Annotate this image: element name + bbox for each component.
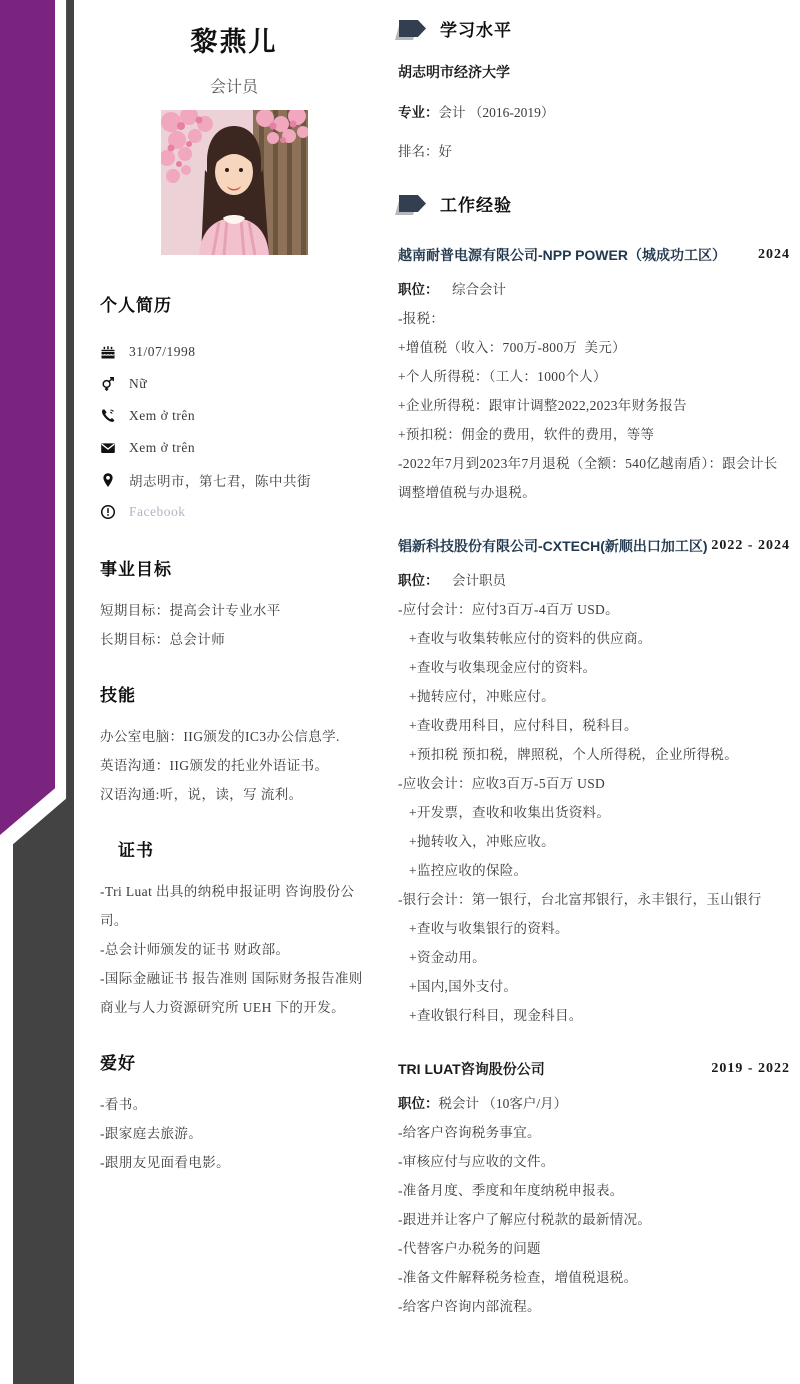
experience-header: 工作经验 [398,191,790,216]
skill-line: 英语沟通：IIG颁发的托业外语证书。 [100,751,368,780]
tag-icon [398,195,428,212]
job-duty-line: -应收会计：应收3百万-5百万 USD [398,769,790,798]
job-duty-line: +抛转应付，冲账应付。 [398,682,790,711]
job-duty-lines: -应付会计：应付3百万-4百万 USD。 +查收与收集转帐应付的资料的供应商。 … [398,595,790,1030]
job-period: 2022 - 2024 [711,531,790,561]
personal-info-text: Xem ở trên [129,440,195,456]
job-duty-line: -给客户咨询税务事宜。 [398,1118,790,1147]
tag-icon [398,20,428,37]
job-position-line: 职位：税会计 （10客户/月） [398,1089,790,1118]
job-duty-line: -报税： [398,304,790,333]
gender-icon [100,376,116,392]
job-duty-line: +监控应收的保险。 [398,856,790,885]
section-heading-profile: 个人简历 [100,291,368,316]
facebook-link[interactable]: Facebook [129,504,185,520]
skill-line: 办公室电脑：IIG颁发的IC3办公信息学. [100,722,368,751]
birthday-icon [100,344,116,360]
personal-info-text: Xem ở trên [129,408,195,424]
job-entry: 2019 - 2022TRI LUAT咨询股份公司职位：税会计 （10客户/月）… [398,1054,790,1321]
job-period: 2019 - 2022 [711,1054,790,1084]
personal-info-text: 胡志明市，第七君，陈中共街 [129,470,311,490]
job-position-line: 职位： 综合会计 [398,275,790,304]
job-duty-line: -给客户咨询内部流程。 [398,1292,790,1321]
objective-lines: 短期目标：提高会计专业水平长期目标：总会计师 [100,596,368,654]
job-entry: 2024越南耐普电源有限公司-NPP POWER（城成功工区）职位： 综合会计-… [398,240,790,507]
job-duty-line: +查收与收集银行的资料。 [398,914,790,943]
job-duty-line: +查收与收集现金应付的资料。 [398,653,790,682]
job-duty-line: +个人所得税：（工人：1000个人） [398,362,790,391]
job-title-bar: 2022 - 2024锠新科技股份有限公司-CXTECH(新顺出口加工区) [398,531,790,562]
personal-info-text: Nữ [129,376,147,392]
job-duty-line: -准备月度、季度和年度纳税申报表。 [398,1176,790,1205]
job-company: TRI LUAT咨询股份公司 [398,1061,545,1077]
job-position-label: 职位： [398,1096,439,1111]
job-duty-line: +预扣税：佣金的费用，软件的费用，等等 [398,420,790,449]
major-value: 会计 （2016-2019） [439,105,555,120]
experience-heading: 工作经验 [440,191,512,216]
personal-info-row: Facebook [100,496,368,528]
left-column: 黎燕儿 会计员 [100,0,368,1177]
job-position-label: 职位： [398,573,439,588]
section-heading-certificates: 证书 [100,836,368,861]
job-duty-line: -银行会计：第一银行，台北富邦银行，永丰银行，玉山银行 [398,885,790,914]
major-label: 专业： [398,105,439,120]
right-column: 学习水平 胡志明市经济大学 专业：会计 （2016-2019） 排名：好 工作经… [398,0,790,1321]
job-title-bar: 2024越南耐普电源有限公司-NPP POWER（城成功工区） [398,240,790,271]
job-list: 2024越南耐普电源有限公司-NPP POWER（城成功工区）职位： 综合会计-… [398,240,790,1321]
personal-info-text: 31/07/1998 [129,344,196,360]
personal-info-row: 胡志明市，第七君，陈中共街 [100,464,368,496]
job-position-value: 综合会计 [439,282,507,297]
profile-photo-illustration [161,110,308,255]
job-period: 2024 [758,240,790,270]
job-company: 锠新科技股份有限公司-CXTECH(新顺出口加工区) [398,538,708,554]
job-duty-line: +企业所得税：跟审计调整2022,2023年财务报告 [398,391,790,420]
job-duty-line: +抛转收入，冲账应收。 [398,827,790,856]
job-duty-line: -准备文件解释税务检查，增值税退税。 [398,1263,790,1292]
personal-info-row: Xem ở trên [100,432,368,464]
job-duty-line: -应付会计：应付3百万-4百万 USD。 [398,595,790,624]
job-duty-line: +预扣税 预扣税，牌照税，个人所得税，企业所得税。 [398,740,790,769]
personal-info-row: 31/07/1998 [100,336,368,368]
job-position-label: 职位： [398,282,439,297]
skills-lines: 办公室电脑：IIG颁发的IC3办公信息学.英语沟通：IIG颁发的托业外语证书。汉… [100,722,368,809]
school-name: 胡志明市经济大学 [398,62,790,82]
job-duty-line: -审核应付与应收的文件。 [398,1147,790,1176]
job-position-value: 税会计 （10客户/月） [439,1096,568,1111]
objective-line: 长期目标：总会计师 [100,625,368,654]
certificate-lines: -Tri Luat 出具的纳税申报证明 咨询股份公司。-总会计师颁发的证书 财政… [100,877,368,1022]
job-duty-line: +增值税（收入：700万-800万 美元） [398,333,790,362]
purple-sidebar-shape [0,0,55,835]
job-duty-line: +资金动用。 [398,943,790,972]
job-duty-line: +国内,国外支付。 [398,972,790,1001]
job-duty-line: +查收费用科目，应付科目，税科目。 [398,711,790,740]
education-heading: 学习水平 [440,16,512,41]
education-header: 学习水平 [398,16,790,41]
section-heading-hobbies: 爱好 [100,1049,368,1074]
job-duty-line: -跟进并让客户了解应付税款的最新情况。 [398,1205,790,1234]
job-duty-line: +查收银行科目，现金科目。 [398,1001,790,1030]
job-position-line: 职位： 会计职员 [398,566,790,595]
info-icon [100,504,116,520]
personal-info-row: Nữ [100,368,368,400]
hobby-line: -看书。 [100,1090,368,1119]
job-entry: 2022 - 2024锠新科技股份有限公司-CXTECH(新顺出口加工区)职位：… [398,531,790,1030]
job-duty-line: -2022年7月到2023年7月退税（全额：540亿越南盾）：跟会计长调整增值税… [398,449,790,507]
resume-page: { "theme":{ "purple":"#7a2480", "gray":"… [0,0,800,1384]
skill-line: 汉语沟通:听，说，读，写 流利。 [100,780,368,809]
phone-icon [100,408,116,424]
rank-line: 排名：好 [398,140,790,160]
certificate-line: -Tri Luat 出具的纳税申报证明 咨询股份公司。 [100,877,368,935]
email-icon [100,440,116,456]
job-duty-lines: -给客户咨询税务事宜。-审核应付与应收的文件。-准备月度、季度和年度纳税申报表。… [398,1118,790,1321]
certificate-line: -国际金融证书 报告准则 国际财务报告准则商业与人力资源研究所 UEH 下的开发… [100,964,368,1022]
job-company: 越南耐普电源有限公司-NPP POWER（城成功工区） [398,247,726,263]
profile-photo [161,110,308,255]
tag-icon-main [399,20,426,37]
candidate-job-title: 会计员 [100,74,368,97]
job-duty-line: +查收与收集转帐应付的资料的供应商。 [398,624,790,653]
hobby-line: -跟家庭去旅游。 [100,1119,368,1148]
hobby-lines: -看书。-跟家庭去旅游。-跟朋友见面看电影。 [100,1090,368,1177]
location-icon [100,472,116,488]
certificate-line: -总会计师颁发的证书 财政部。 [100,935,368,964]
job-duty-line: -代替客户办税务的问题 [398,1234,790,1263]
job-position-value: 会计职员 [439,573,507,588]
job-title-bar: 2019 - 2022TRI LUAT咨询股份公司 [398,1054,790,1085]
personal-info-list: 31/07/1998NữXem ở trênXem ở trên胡志明市，第七君… [100,336,368,528]
objective-line: 短期目标：提高会计专业水平 [100,596,368,625]
section-heading-skills: 技能 [100,681,368,706]
tag-icon-main [399,195,426,212]
job-duty-line: +开发票，查收和收集出货资料。 [398,798,790,827]
major-line: 专业：会计 （2016-2019） [398,101,790,121]
candidate-name: 黎燕儿 [100,20,368,59]
hobby-line: -跟朋友见面看电影。 [100,1148,368,1177]
personal-info-row: Xem ở trên [100,400,368,432]
job-duty-lines: -报税：+增值税（收入：700万-800万 美元）+个人所得税：（工人：1000… [398,304,790,507]
section-heading-objective: 事业目标 [100,555,368,580]
